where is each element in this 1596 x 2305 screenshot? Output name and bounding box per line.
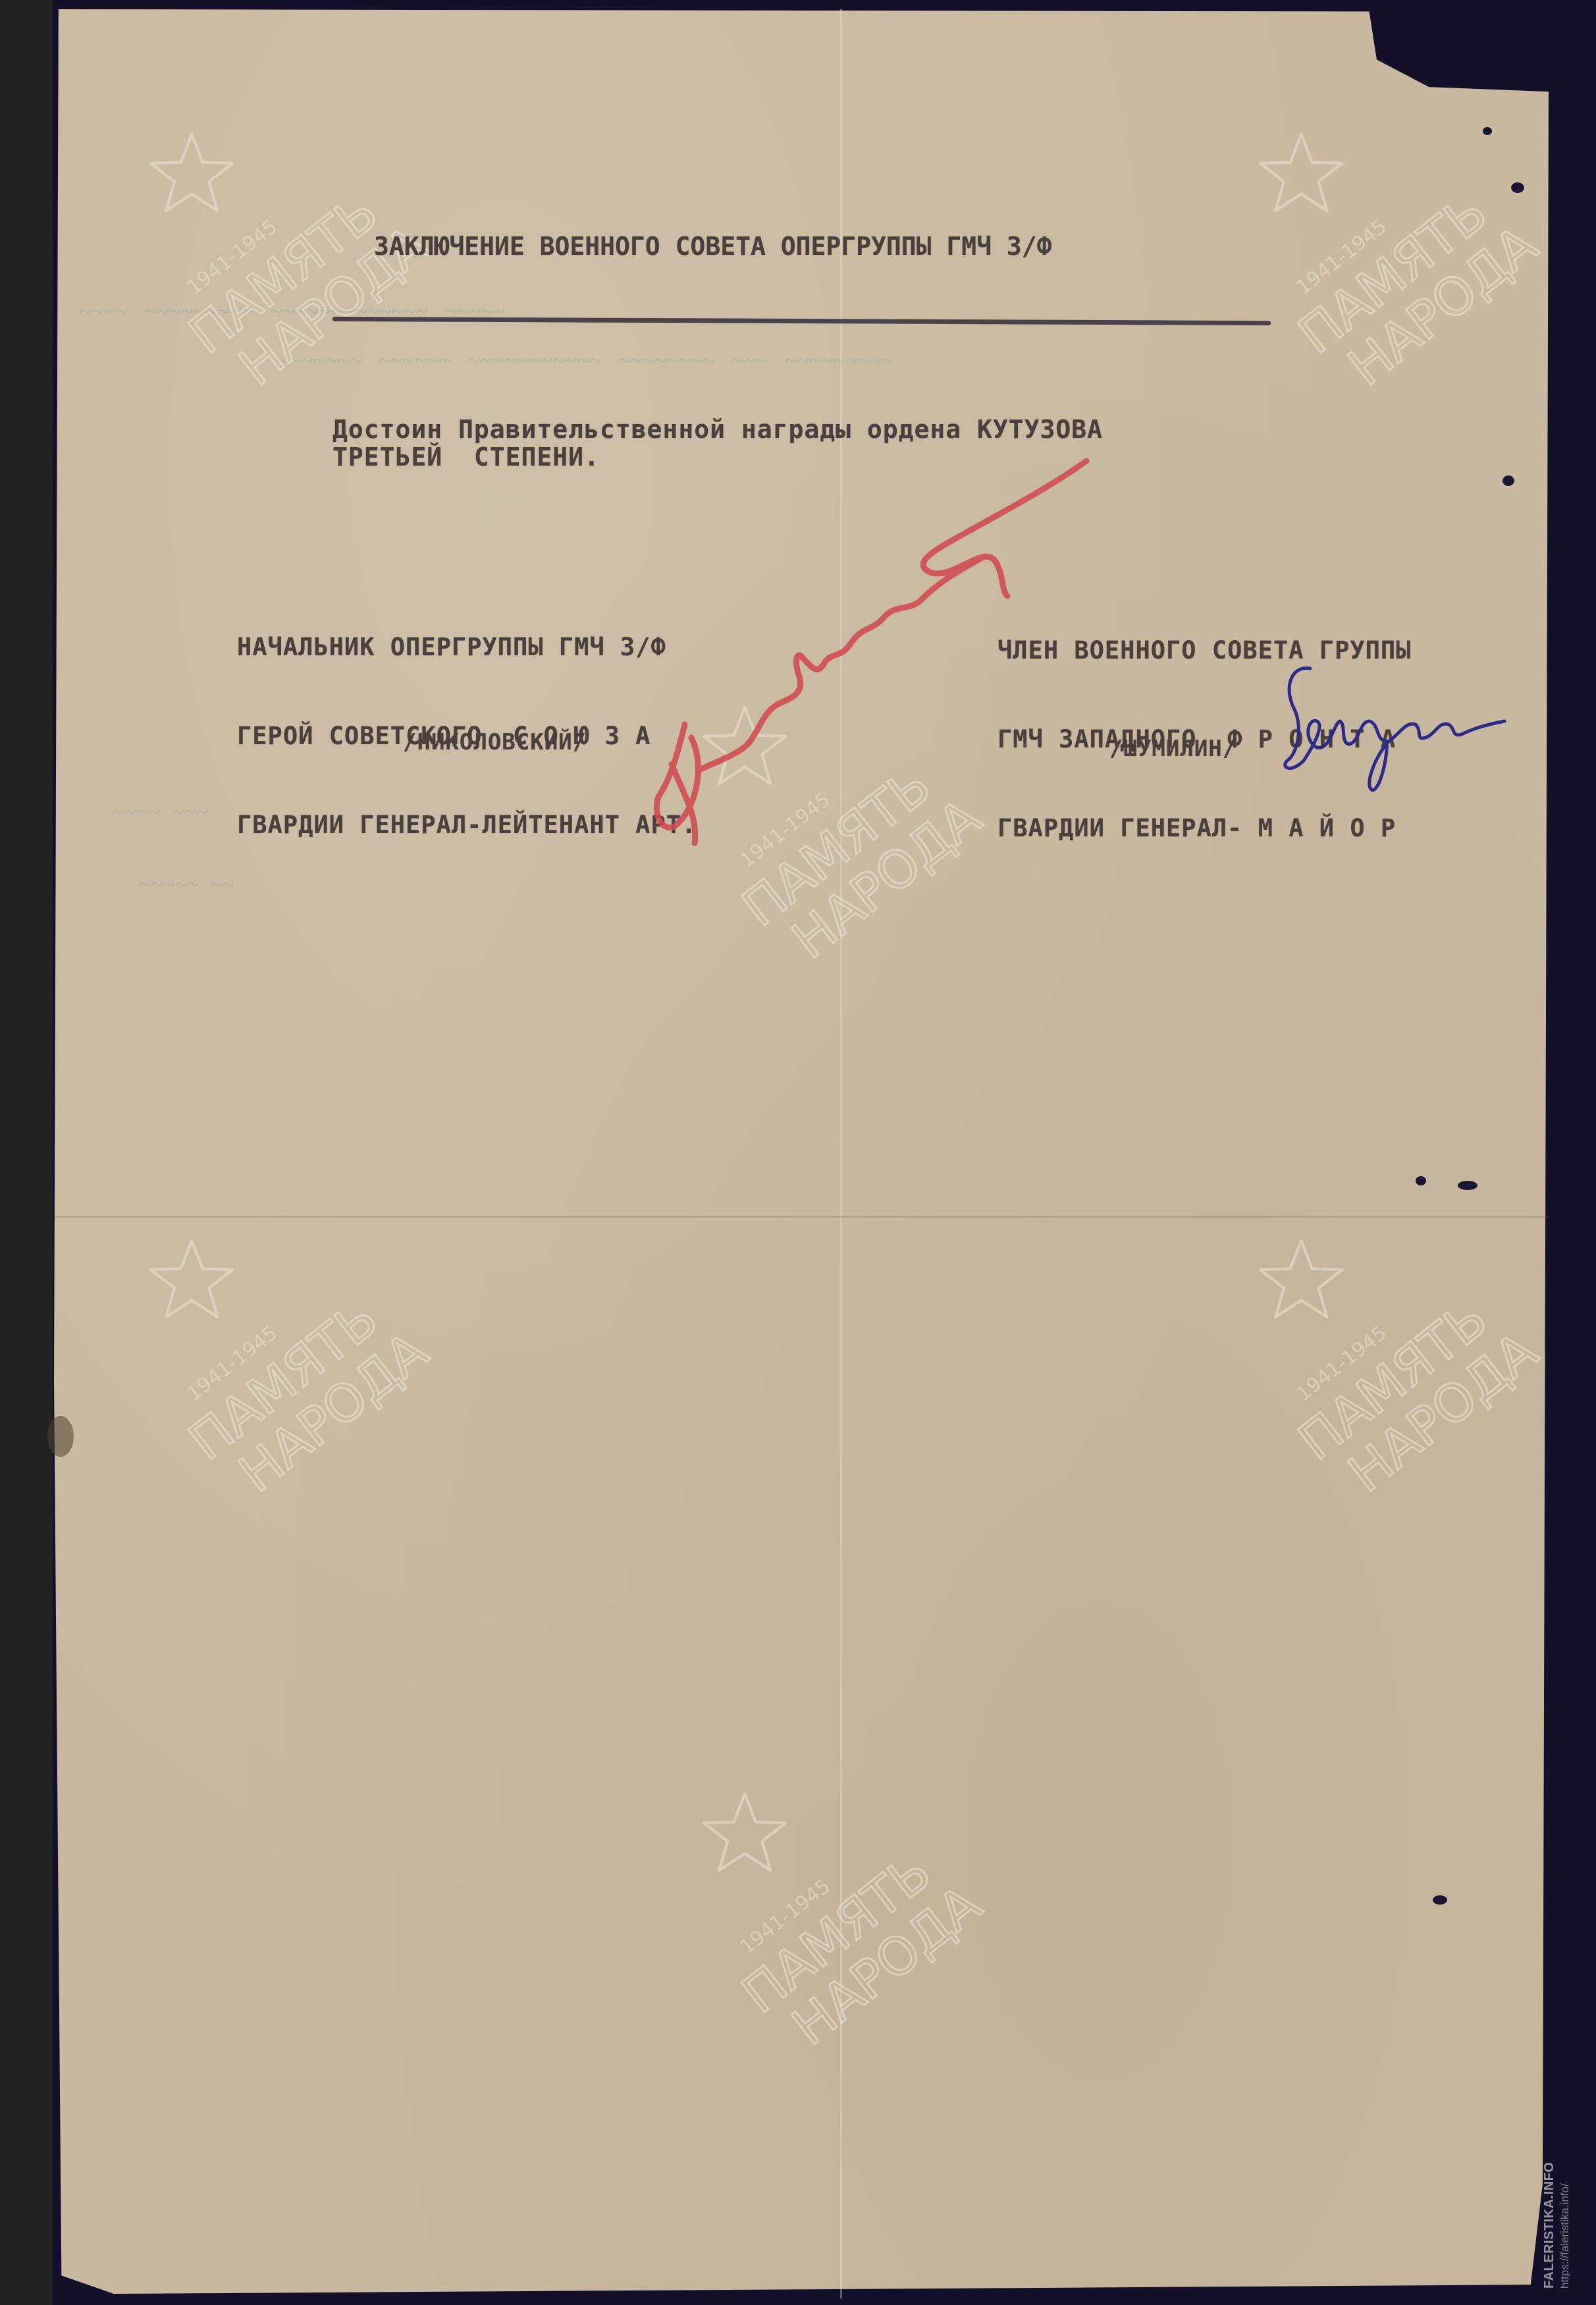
left-signatory-block: НАЧАЛЬНИК ОПЕРГРУППЫ ГМЧ З/Ф ГЕРОЙ СОВЕТ… bbox=[237, 573, 697, 869]
punch-hole bbox=[1511, 182, 1524, 193]
source-url: https://faleristika.info/ bbox=[1558, 2162, 1572, 2289]
award-recommendation-line-1: Достоин Правительственной награды ордена… bbox=[332, 415, 1103, 444]
bleed-through-text: ~~~~~~~ ~~~~~~ ~~~~~~~~~~~ ~~~~~~~~ ~~~ … bbox=[277, 349, 893, 374]
right-signatory-block: ЧЛЕН ВОЕННОГО СОВЕТА ГРУППЫ ГМЧ ЗАПАДНОГ… bbox=[997, 576, 1411, 873]
left-signatory-name: /НИКОЛОВСКИЙ/ bbox=[403, 729, 587, 755]
right-signatory-position: ЧЛЕН ВОЕННОГО СОВЕТА ГРУППЫ bbox=[997, 636, 1411, 665]
punch-hole bbox=[1433, 1895, 1447, 1905]
bleed-through-text: ~~~~ ~~~ bbox=[112, 800, 208, 825]
document-title: ЗАКЛЮЧЕНИЕ ВОЕННОГО СОВЕТА ОПЕРГРУППЫ ГМ… bbox=[374, 232, 1052, 261]
punch-hole bbox=[1503, 475, 1514, 486]
left-signatory-position: НАЧАЛЬНИК ОПЕРГРУППЫ ГМЧ З/Ф bbox=[237, 632, 697, 662]
punch-hole bbox=[1416, 1176, 1426, 1185]
punch-hole bbox=[1458, 1181, 1477, 1190]
source-watermark: FALERISTIKA.INFO https://faleristika.inf… bbox=[1542, 2162, 1572, 2289]
horizontal-fold-crease bbox=[54, 1216, 1549, 1218]
punch-hole bbox=[1483, 127, 1492, 135]
left-signatory-rank: ГВАРДИИ ГЕНЕРАЛ-ЛЕЙТЕНАНТ АРТ. bbox=[237, 810, 697, 840]
award-recommendation-line-2: ТРЕТЬЕЙ СТЕПЕНИ. bbox=[332, 443, 600, 472]
right-signatory-name: /ШУМИЛИН/ bbox=[1109, 736, 1237, 762]
right-signatory-rank: ГВАРДИИ ГЕНЕРАЛ- М А Й О Р bbox=[997, 813, 1411, 843]
bleed-through-text: ~~~~~ ~~ bbox=[138, 873, 234, 898]
ink-blot bbox=[47, 1416, 74, 1457]
source-brand: FALERISTIKA.INFO bbox=[1542, 2162, 1556, 2289]
